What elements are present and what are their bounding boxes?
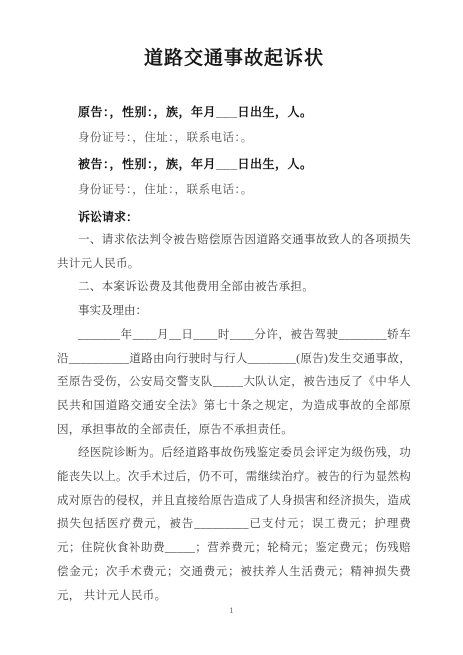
defendant-line: 被告：，性别：，族，年月___日出生，人。 (57, 151, 411, 177)
claim-item-2: 二、本案诉讼费及其他费用全部由被告承担。 (57, 276, 411, 300)
document-title: 道路交通事故起诉状 (57, 46, 411, 72)
facts-paragraph-1: _______年____月__日____时____分许，被告驾驶________… (57, 324, 411, 443)
facts-paragraph-2: 经医院诊断为。后经道路事故伤残鉴定委员会评定为级伤残，功能丧失以上。次手术过后，… (57, 442, 411, 608)
plaintiff-line: 原告：，性别：，族，年月___日出生，人。 (57, 99, 411, 125)
defendant-id-line: 身份证号：，住址：，联系电话：。 (57, 177, 411, 203)
page-number: 1 (0, 606, 463, 615)
facts-heading: 事实及理由： (57, 300, 411, 324)
plaintiff-id-line: 身份证号：，住址：，联系电话：。 (57, 125, 411, 151)
document-page: 道路交通事故起诉状 原告：，性别：，族，年月___日出生，人。 身份证号：，住址… (0, 0, 463, 655)
claims-heading: 诉讼请求： (57, 205, 411, 229)
claim-item-1: 一、请求依法判令被告赔偿原告因道路交通事故致人的各项损失共计元人民币。 (57, 229, 411, 276)
